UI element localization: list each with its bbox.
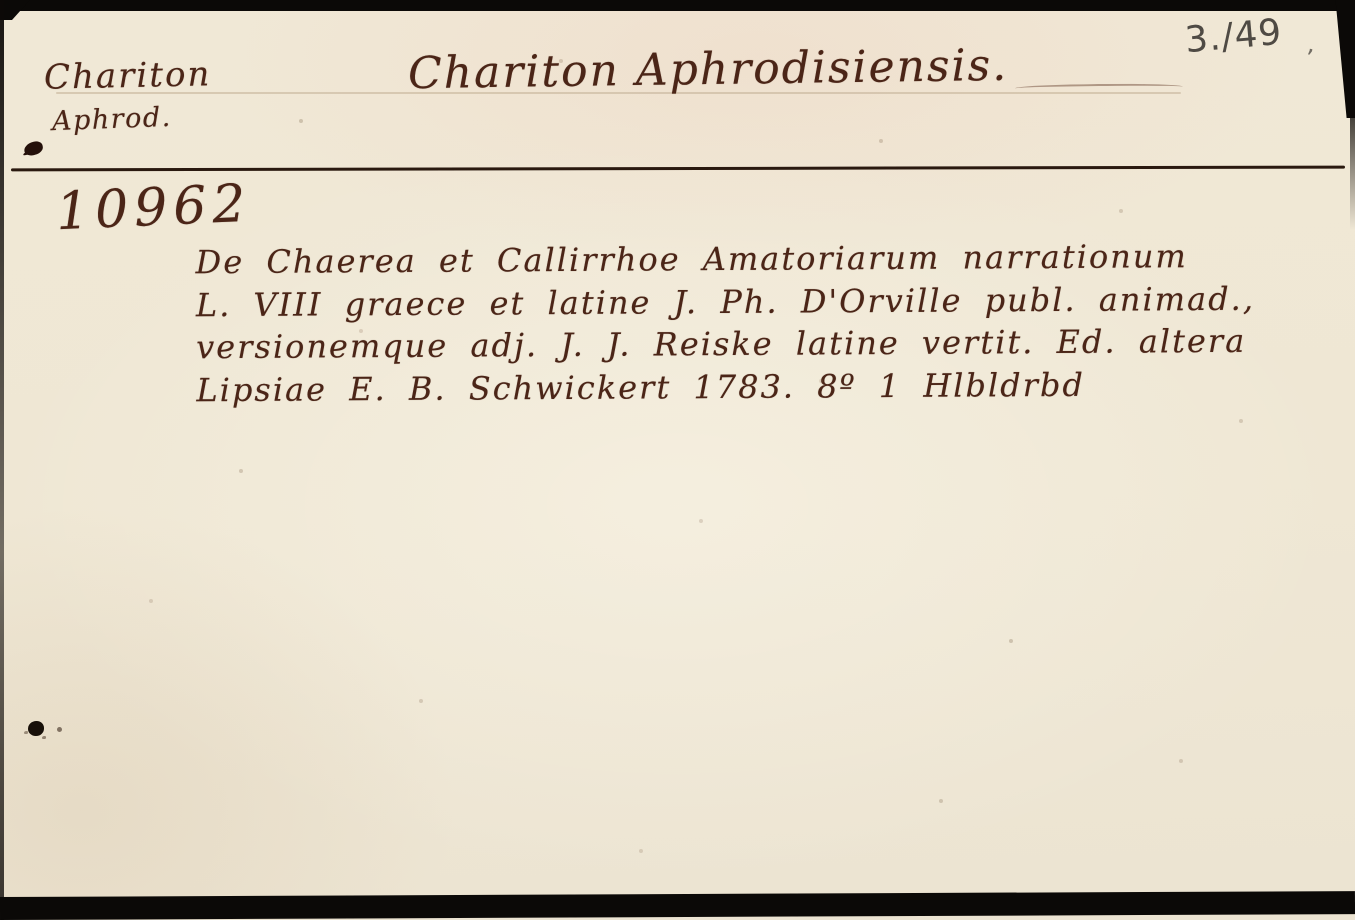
corner-author-abbreviation: Aphrod. xyxy=(51,102,172,137)
corner-author-name: Chariton xyxy=(44,54,212,97)
pencil-tick-mark: , xyxy=(1306,30,1318,59)
scan-edge-bottom xyxy=(0,891,1355,920)
paper-specks xyxy=(0,0,2,2)
catalog-entry: De Chaerea et Callirrhoe Amatoriarum nar… xyxy=(195,235,1255,411)
entry-line-2: L. VIII graece et latine J. Ph. D'Orvill… xyxy=(196,277,1255,326)
scan-edge-right-shadow xyxy=(1350,110,1355,230)
card-heading: Chariton Aphrodisiensis. xyxy=(408,40,1009,99)
heading-filler-stroke xyxy=(1015,83,1183,92)
pencil-shelfmark: 3./49 xyxy=(1183,12,1284,61)
punch-hole-speck xyxy=(57,727,62,732)
ink-blot xyxy=(23,140,45,157)
entry-line-1: De Chaerea et Callirrhoe Amatoriarum nar… xyxy=(195,235,1254,284)
punch-hole xyxy=(28,721,44,736)
ruled-line-strong xyxy=(11,166,1345,172)
scan-edge-left xyxy=(0,0,4,920)
record-number: 10962 xyxy=(55,174,253,242)
entry-line-4: Lipsiae E. B. Schwickert 1783. 8º 1 Hlbl… xyxy=(196,362,1255,411)
catalog-card-scan: Chariton Aphrod. Chariton Aphrodisiensis… xyxy=(0,0,1355,920)
scan-edge-right-wedge xyxy=(1325,0,1355,118)
scan-edge-top xyxy=(0,0,1355,11)
entry-line-3: versionemque adj. J. J. Reiske latine ve… xyxy=(196,320,1255,369)
